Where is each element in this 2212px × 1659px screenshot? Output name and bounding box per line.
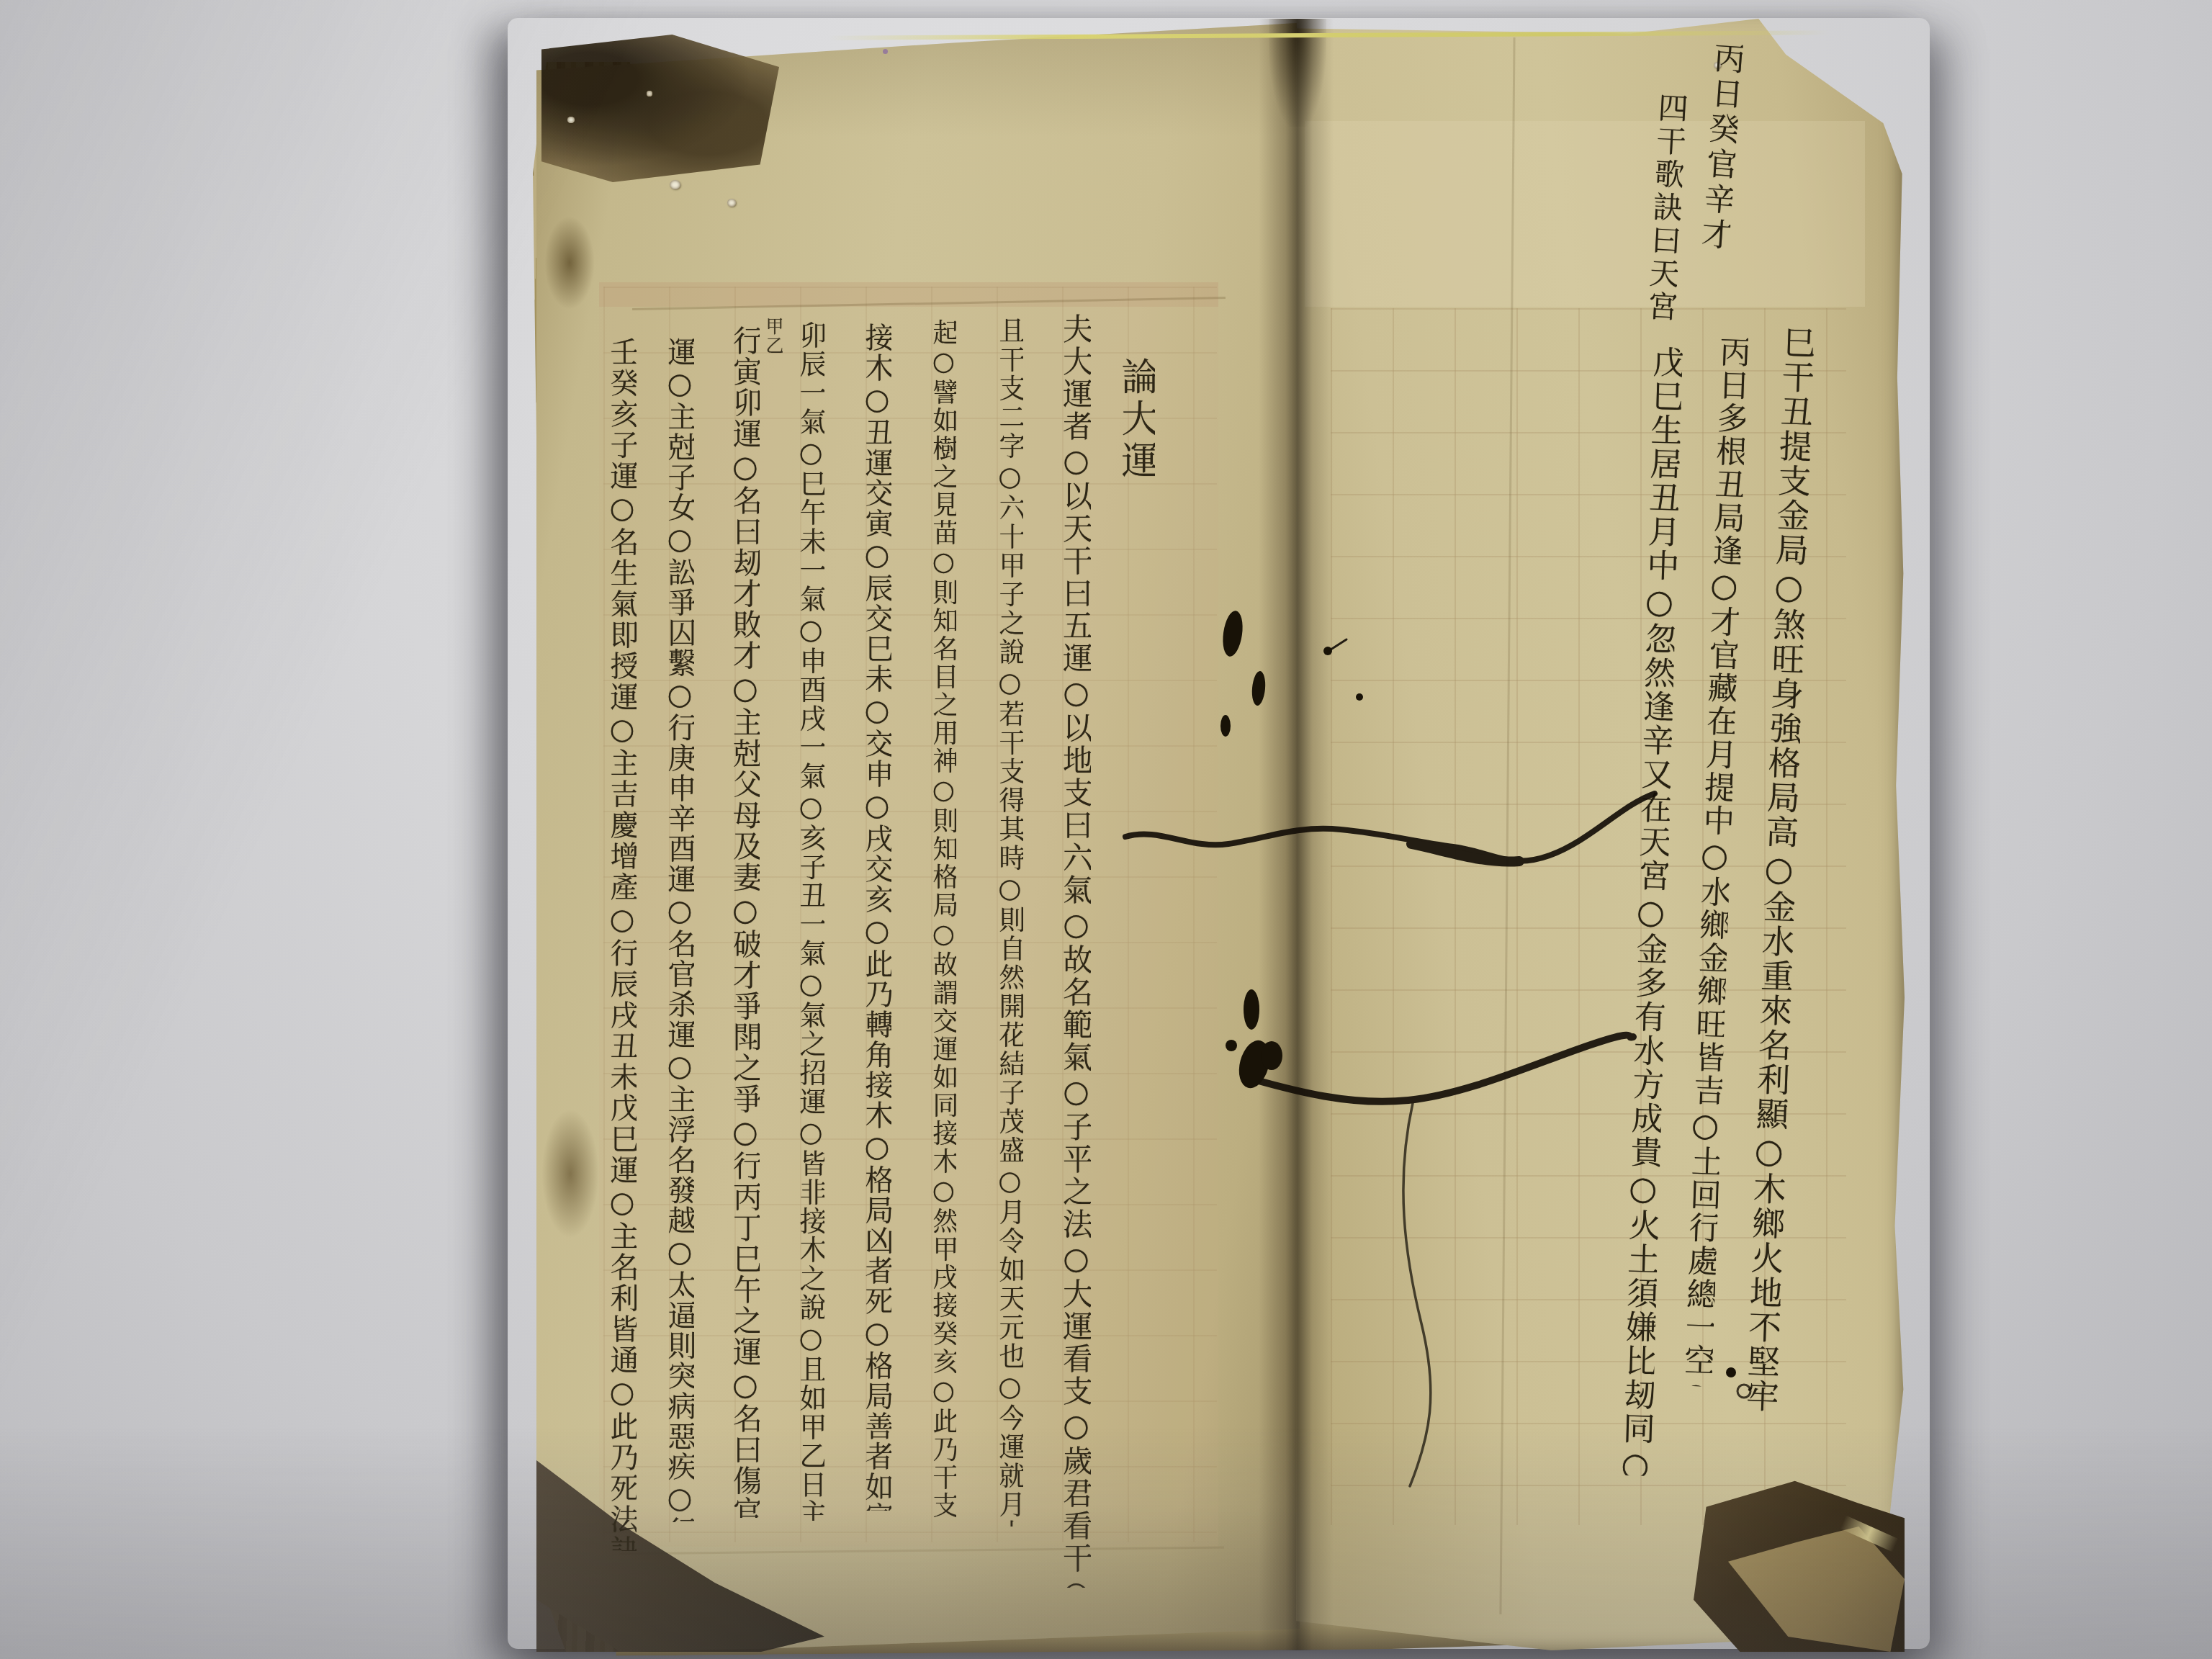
left-column-2: 且干支二字○六十甲子之說○若干支得其時○則自然開花結子茂盛○月令如天元也○今運就… bbox=[997, 317, 1023, 1527]
fore-edge-stain bbox=[541, 1109, 599, 1238]
worm-hole bbox=[647, 91, 652, 96]
book-gutter bbox=[1259, 19, 1334, 1650]
fore-edge-stain bbox=[544, 216, 595, 310]
left-column-8: 壬癸亥子運○名生氣即授運○主吉慶增產○行辰戌丑未戊巳運○主名利皆通○此乃死法訣 bbox=[608, 337, 637, 1551]
worm-hole bbox=[727, 199, 736, 207]
left-column-4: 接木○丑運交寅○辰交巳未○交申○戌交亥○此乃轉角接木○格局凶者死○格局善者如寅 bbox=[863, 323, 891, 1511]
section-title: 論大運 bbox=[1118, 357, 1155, 494]
top-left-worn-stain bbox=[541, 35, 779, 182]
interlinear-note: 甲乙 bbox=[765, 317, 783, 367]
right-page-top-band bbox=[1305, 121, 1865, 307]
left-column-5: 卯辰一氣○巳午未一氣○申酉戌一氣○亥子丑一氣○氣之招運○皆非接木之說○且如甲乙日… bbox=[797, 321, 824, 1521]
photo-backdrop: 論大運 夫大運者○以天干曰五運○以地支曰六氣○故名範氣○子平之法○大運看支○歲君… bbox=[0, 0, 2212, 1659]
paper-speck bbox=[883, 49, 888, 54]
left-column-3: 起○譬如樹之見苗○則知名目之用神○則知格局○故謂交運如同接木○然甲戌接癸亥○此乃… bbox=[930, 319, 956, 1523]
left-column-7: 運○主尅子女○訟爭囚繫○行庚申辛酉運○名官杀運○主浮名發越○太逼則突病惡疾○行 bbox=[665, 337, 694, 1522]
left-column-1: 夫大運者○以天干曰五運○以地支曰六氣○故名範氣○子平之法○大運看支○歲君看干○ bbox=[1061, 313, 1091, 1588]
worm-hole bbox=[567, 117, 575, 123]
worm-hole bbox=[670, 180, 680, 189]
left-column-6: 行寅卯運○名曰刼才敗才○主尅父母及妻○破才爭閗之爭○行丙丁巳午之運○名曰傷官 bbox=[730, 325, 760, 1518]
